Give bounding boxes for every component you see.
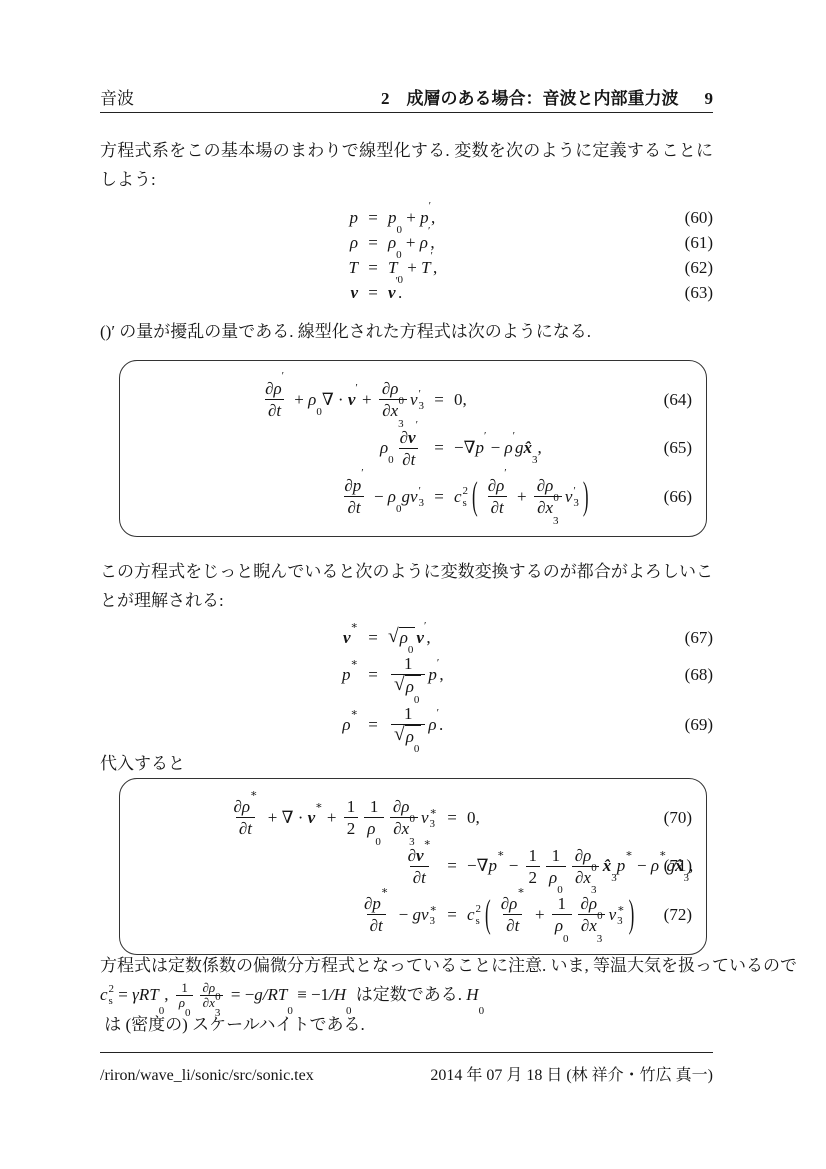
- fraction: 1√ρ0: [391, 703, 425, 748]
- fraction: 1ρ0: [546, 845, 566, 889]
- math-token: g: [401, 487, 410, 507]
- math-token: .: [398, 283, 402, 303]
- math-token: ∂t: [413, 867, 426, 888]
- math-token: ∂t: [491, 497, 504, 518]
- equation-rhs: −∇p∗ − 121ρ0∂ρ0∂x3x̂3p∗ − ρ∗gx̂3,: [467, 845, 640, 889]
- equation-row: ∂ρ′∂t + ρ0∇ · v′ + ∂ρ0∂x3v′3=0,(64): [134, 378, 692, 422]
- equation-lhs: ρ: [100, 233, 358, 253]
- math-token: v′3: [410, 485, 424, 509]
- math-token: +: [402, 233, 420, 253]
- equation-row: ∂p∗∂t − gv∗3=c2s(∂ρ∗∂t + 1ρ0∂ρ0∂x3v∗3)(7…: [134, 893, 692, 937]
- equation-row: ∂v∗∂t=−∇p∗ − 121ρ0∂ρ0∂x3x̂3p∗ − ρ∗gx̂3,(…: [134, 845, 692, 889]
- page-number: 9: [705, 89, 714, 109]
- header-running-title: 音波: [100, 84, 134, 109]
- equation-lhs: ρ0∂v′∂t: [134, 427, 424, 471]
- fraction: 1√ρ0: [391, 653, 425, 698]
- math-token: ∂t: [402, 449, 415, 470]
- fraction: ∂p∗∂t: [361, 893, 391, 937]
- fraction: ∂ρ′∂t: [485, 475, 510, 519]
- math-token: T′: [421, 258, 433, 278]
- math-token: −: [394, 905, 412, 925]
- math-token: v′: [408, 427, 418, 448]
- math-token: ρ0: [400, 628, 414, 648]
- math-token: 1: [529, 845, 538, 866]
- math-token: ∂x3: [537, 497, 558, 518]
- math-token: −: [486, 438, 504, 458]
- math-token: ρ0: [388, 487, 402, 507]
- math-token: =: [114, 981, 132, 1010]
- math-token: g/RT0: [254, 981, 293, 1010]
- math-token: ∂ρ0: [581, 893, 603, 914]
- equation-number: (66): [640, 487, 692, 507]
- math-token: ,: [439, 665, 443, 685]
- math-token: ∂p∗: [364, 893, 388, 914]
- math-token: ρ0: [308, 390, 322, 410]
- equation-row: v=v′.(63): [100, 283, 713, 303]
- equals-sign: =: [424, 487, 454, 507]
- header-rule: [100, 112, 713, 113]
- footer-rule: [100, 1052, 713, 1053]
- math-token: p∗: [488, 856, 504, 876]
- math-token: ∂ρ0: [537, 475, 559, 496]
- math-token: は定数である.: [352, 981, 467, 1010]
- math-token: ∂t: [347, 497, 360, 518]
- equation-row: ρ=ρ0 + ρ′,(61): [100, 233, 713, 253]
- math-token: 方程式は定数係数の偏微分方程式となっていることに注意. いま, 等温大気を扱って…: [100, 952, 801, 981]
- equation-row: v∗=√ρ0v′,(67): [100, 627, 713, 648]
- fraction: ∂ρ0∂x3: [390, 796, 418, 840]
- fraction: ∂ρ∗∂t: [498, 893, 528, 937]
- equation-box-transformed: ∂ρ∗∂t + ∇ · v∗ + 121ρ0∂ρ0∂x3v∗3=0,(70)∂v…: [119, 778, 707, 955]
- math-token: ρ0: [549, 867, 563, 888]
- square-root: √ρ0: [394, 725, 421, 747]
- fraction: 1ρ0: [552, 893, 572, 937]
- fraction: 12: [526, 845, 541, 889]
- equation-rhs: 1√ρ0ρ′.: [388, 703, 661, 748]
- paragraph-substitute: 代入すると: [100, 750, 713, 779]
- fraction: 12: [344, 796, 359, 840]
- math-token: + ∇ ·: [263, 808, 307, 828]
- math-token: ∂t: [239, 818, 252, 839]
- equation-number: (72): [640, 905, 692, 925]
- math-token: 0,: [454, 390, 467, 410]
- math-token: ∂ρ0: [575, 845, 597, 866]
- equals-sign: =: [437, 905, 467, 925]
- equals-sign: =: [358, 665, 388, 685]
- fraction: 1ρ0: [176, 981, 194, 1012]
- equation-lhs: v∗: [100, 628, 358, 648]
- math-token: ∂ρ0: [393, 796, 415, 817]
- math-token: ,: [538, 438, 542, 458]
- math-token: ρ0: [406, 726, 420, 747]
- math-token: p: [350, 208, 359, 228]
- equation-row: ∂p′∂t − ρ0gv′3=c2s(∂ρ′∂t + ∂ρ0∂x3v′3)(66…: [134, 475, 692, 519]
- right-paren: ): [629, 892, 635, 938]
- paragraph-constant-coefficients: 方程式は定数係数の偏微分方程式となっていることに注意. いま, 等温大気を扱って…: [100, 952, 713, 1040]
- math-token: ∂: [408, 845, 416, 866]
- equals-sign: =: [358, 628, 388, 648]
- right-paren: ): [583, 474, 589, 520]
- fraction: ∂ρ∗∂t: [230, 796, 260, 840]
- fraction: ∂ρ0∂x3: [534, 475, 562, 519]
- math-token: 0,: [467, 808, 480, 828]
- equals-sign: =: [358, 208, 388, 228]
- equation-lhs: ∂ρ∗∂t + ∇ · v∗ + 121ρ0∂ρ0∂x3v∗3: [134, 796, 437, 840]
- footer-file-path: /riron/wave_li/sonic/src/sonic.tex: [100, 1067, 314, 1085]
- equation-number: (61): [661, 233, 713, 253]
- paragraph-perturbation: ()′ の量が擾乱の量である. 線型化された方程式は次のようになる.: [100, 318, 713, 347]
- math-token: ρ0: [380, 438, 394, 458]
- equation-number: (64): [640, 390, 692, 410]
- equation-number: (70): [640, 808, 692, 828]
- equation-number: (65): [640, 438, 692, 458]
- equals-sign: =: [358, 283, 388, 303]
- math-token: 1: [181, 981, 188, 996]
- math-token: 1: [370, 796, 379, 817]
- paragraph-transform: この方程式をじっと睨んでいると次のように変数変換するのが都合がよろしいことが理解…: [100, 558, 713, 615]
- math-token: v∗: [416, 845, 431, 866]
- paragraph-intro: 方程式系をこの基本場のまわりで線型化する. 変数を次のように定義することにしよう…: [100, 137, 713, 194]
- math-token: p∗: [342, 665, 358, 685]
- fraction: ∂p′∂t: [341, 475, 366, 519]
- equation-row: ρ∗=1√ρ0ρ′.(69): [100, 703, 713, 748]
- header-section-title: 2 成層のある場合：音波と内部重力波: [381, 84, 679, 109]
- math-token: ρ′: [504, 438, 515, 458]
- math-token: ∂t: [268, 400, 281, 421]
- math-token: −: [370, 487, 388, 507]
- square-root: √ρ0: [388, 627, 415, 648]
- equation-number: (67): [661, 628, 713, 648]
- math-token: v: [350, 283, 358, 303]
- math-token: v∗: [308, 808, 323, 828]
- math-token: ρ′: [420, 233, 431, 253]
- equals-sign: =: [358, 715, 388, 735]
- math-token: ρ0: [367, 818, 381, 839]
- equation-rhs: −∇p′ − ρ′gx̂3,: [454, 438, 640, 458]
- math-token: ρ0: [555, 915, 569, 936]
- equation-rhs: √ρ0v′,: [388, 627, 661, 648]
- equation-rhs: ρ0 + ρ′,: [388, 233, 661, 253]
- equation-lhs: p∗: [100, 665, 358, 685]
- math-token: g: [515, 438, 524, 458]
- header-section-group: 2 成層のある場合：音波と内部重力波 9: [381, 84, 713, 109]
- math-token: ∂t: [506, 915, 519, 936]
- equation-lhs: p: [100, 208, 358, 228]
- math-token: ,: [433, 258, 437, 278]
- math-token: = −: [227, 981, 255, 1010]
- math-token: v∗: [343, 628, 358, 648]
- math-token: +: [323, 808, 341, 828]
- fraction: ∂ρ0∂x3: [578, 893, 606, 937]
- math-token: v∗3: [421, 806, 437, 830]
- equation-number: (62): [661, 258, 713, 278]
- math-token: p0: [388, 208, 402, 228]
- math-token: ∂ρ0: [382, 378, 404, 399]
- footer-date-authors: 2014 年 07 月 18 日 (林 祥介・竹広 真一): [430, 1062, 713, 1085]
- math-token: 1: [552, 845, 561, 866]
- equation-number: (71): [640, 856, 692, 876]
- math-token: c2s: [454, 485, 468, 509]
- math-token: p∗: [617, 856, 633, 876]
- math-token: 1: [404, 703, 413, 724]
- equation-row: p∗=1√ρ0p′,(68): [100, 653, 713, 698]
- math-token: γRT0: [132, 981, 164, 1010]
- math-token: ∂p′: [344, 475, 363, 496]
- math-token: +: [513, 487, 531, 507]
- math-token: ρ0: [179, 996, 191, 1011]
- math-token: c2s: [467, 903, 481, 927]
- left-paren: (: [485, 892, 491, 938]
- math-token: H0: [466, 981, 484, 1010]
- math-token: v′: [348, 390, 358, 410]
- math-token: v′: [388, 283, 398, 303]
- equals-sign: =: [358, 258, 388, 278]
- math-token: x̂3: [603, 856, 617, 876]
- math-token: v∗3: [421, 903, 437, 927]
- math-token: ∂x3: [575, 867, 596, 888]
- math-token: 1: [557, 893, 566, 914]
- equation-number: (60): [661, 208, 713, 228]
- fraction: ∂ρ0∂x3: [572, 845, 600, 889]
- equation-lhs: ∂ρ′∂t + ρ0∇ · v′ + ∂ρ0∂x3v′3: [134, 378, 424, 422]
- math-token: 2: [347, 818, 356, 839]
- equals-sign: =: [424, 390, 454, 410]
- math-token: ,: [426, 628, 430, 648]
- equation-rhs: 0,: [454, 390, 640, 410]
- math-token: −: [504, 856, 522, 876]
- page-header: 音波 2 成層のある場合：音波と内部重力波 9: [100, 84, 713, 109]
- fraction: ∂ρ0∂x3: [379, 378, 407, 422]
- math-token: x̂3: [524, 438, 538, 458]
- math-token: +: [358, 390, 376, 410]
- math-token: ∂ρ′: [265, 378, 284, 399]
- equation-box-linearized: ∂ρ′∂t + ρ0∇ · v′ + ∂ρ0∂x3v′3=0,(64)ρ0∂v′…: [119, 360, 707, 537]
- equation-row: p=p0 + p′,(60): [100, 208, 713, 228]
- equals-sign: =: [437, 856, 467, 876]
- equation-group-variable-change: v∗=√ρ0v′,(67)p∗=1√ρ0p′,(68)ρ∗=1√ρ0ρ′.(69…: [100, 622, 713, 752]
- equation-rhs: v′.: [388, 283, 661, 303]
- math-token: ∂ρ∗: [233, 796, 257, 817]
- equation-lhs: ρ∗: [100, 715, 358, 735]
- math-token: ∂x3: [382, 400, 403, 421]
- math-token: ,: [164, 981, 173, 1010]
- math-token: ∂ρ∗: [501, 893, 525, 914]
- math-token: g: [412, 905, 421, 925]
- fraction: ∂ρ0∂x3: [199, 981, 223, 1012]
- page-footer: /riron/wave_li/sonic/src/sonic.tex 2014 …: [100, 1062, 713, 1085]
- document-page: 音波 2 成層のある場合：音波と内部重力波 9 方程式系をこの基本場のまわりで線…: [0, 0, 826, 1169]
- math-token: ∂t: [370, 915, 383, 936]
- equation-lhs: T: [100, 258, 358, 278]
- math-token: +: [403, 258, 421, 278]
- left-paren: (: [472, 474, 478, 520]
- math-token: 2: [529, 867, 538, 888]
- fraction: ∂v∗∂t: [405, 845, 434, 889]
- math-token: +: [531, 905, 549, 925]
- equation-group-definitions: p=p0 + p′,(60)ρ=ρ0 + ρ′,(61)T=T0 + T′,(6…: [100, 203, 713, 308]
- equation-number: (68): [661, 665, 713, 685]
- math-token: は (密度の) スケールハイトである.: [100, 1011, 365, 1040]
- math-token: ∂ρ0: [202, 981, 220, 996]
- equation-lhs: v: [100, 283, 358, 303]
- math-token: ∂x3: [581, 915, 602, 936]
- equation-rhs: c2s(∂ρ∗∂t + 1ρ0∂ρ0∂x3v∗3): [467, 893, 640, 937]
- math-token: /H0: [329, 981, 352, 1010]
- math-token: ,: [431, 208, 435, 228]
- math-token: +: [290, 390, 308, 410]
- fraction: ∂v′∂t: [397, 427, 421, 471]
- equation-row: ρ0∂v′∂t=−∇p′ − ρ′gx̂3,(65): [134, 427, 692, 471]
- math-token: ρ: [350, 233, 358, 253]
- math-token: ∂x3: [393, 818, 414, 839]
- math-token: ≡ −1: [293, 981, 329, 1010]
- square-root: √ρ0: [394, 675, 421, 697]
- math-token: p′: [475, 438, 486, 458]
- math-token: T: [349, 258, 358, 278]
- math-token: ρ′: [428, 715, 439, 735]
- math-token: −∇: [454, 438, 475, 458]
- math-token: 1: [404, 653, 413, 674]
- equation-rhs: T0 + T′,: [388, 258, 661, 278]
- math-token: 1: [347, 796, 356, 817]
- equation-lhs: ∂p∗∂t − gv∗3: [134, 893, 437, 937]
- math-token: ρ0: [406, 676, 420, 697]
- equation-number: (69): [661, 715, 713, 735]
- equation-row: T=T0 + T′,(62): [100, 258, 713, 278]
- math-token: ∂: [400, 427, 408, 448]
- math-token: ρ0: [388, 233, 402, 253]
- math-token: v′3: [410, 388, 424, 412]
- equals-sign: =: [424, 438, 454, 458]
- math-token: ∂x3: [203, 996, 221, 1011]
- math-token: v′: [416, 628, 426, 648]
- equation-rhs: 1√ρ0p′,: [388, 653, 661, 698]
- equation-row: ∂ρ∗∂t + ∇ · v∗ + 121ρ0∂ρ0∂x3v∗3=0,(70): [134, 796, 692, 840]
- equation-lhs: ∂v∗∂t: [134, 845, 437, 889]
- equation-rhs: 0,: [467, 808, 640, 828]
- math-token: c2s: [100, 981, 114, 1010]
- fraction: ∂ρ′∂t: [262, 378, 287, 422]
- math-token: .: [439, 715, 443, 735]
- math-token: ∂ρ′: [488, 475, 507, 496]
- math-token: v′3: [565, 485, 579, 509]
- equals-sign: =: [358, 233, 388, 253]
- equation-rhs: c2s(∂ρ′∂t + ∂ρ0∂x3v′3): [454, 475, 640, 519]
- math-token: +: [402, 208, 420, 228]
- equals-sign: =: [437, 808, 467, 828]
- math-token: ρ∗: [342, 715, 358, 735]
- equation-number: (63): [661, 283, 713, 303]
- math-token: p′: [428, 665, 439, 685]
- math-token: v∗3: [609, 903, 625, 927]
- fraction: 1ρ0: [364, 796, 384, 840]
- equation-lhs: ∂p′∂t − ρ0gv′3: [134, 475, 424, 519]
- math-token: ∇ ·: [322, 390, 348, 410]
- math-token: −∇: [467, 856, 488, 876]
